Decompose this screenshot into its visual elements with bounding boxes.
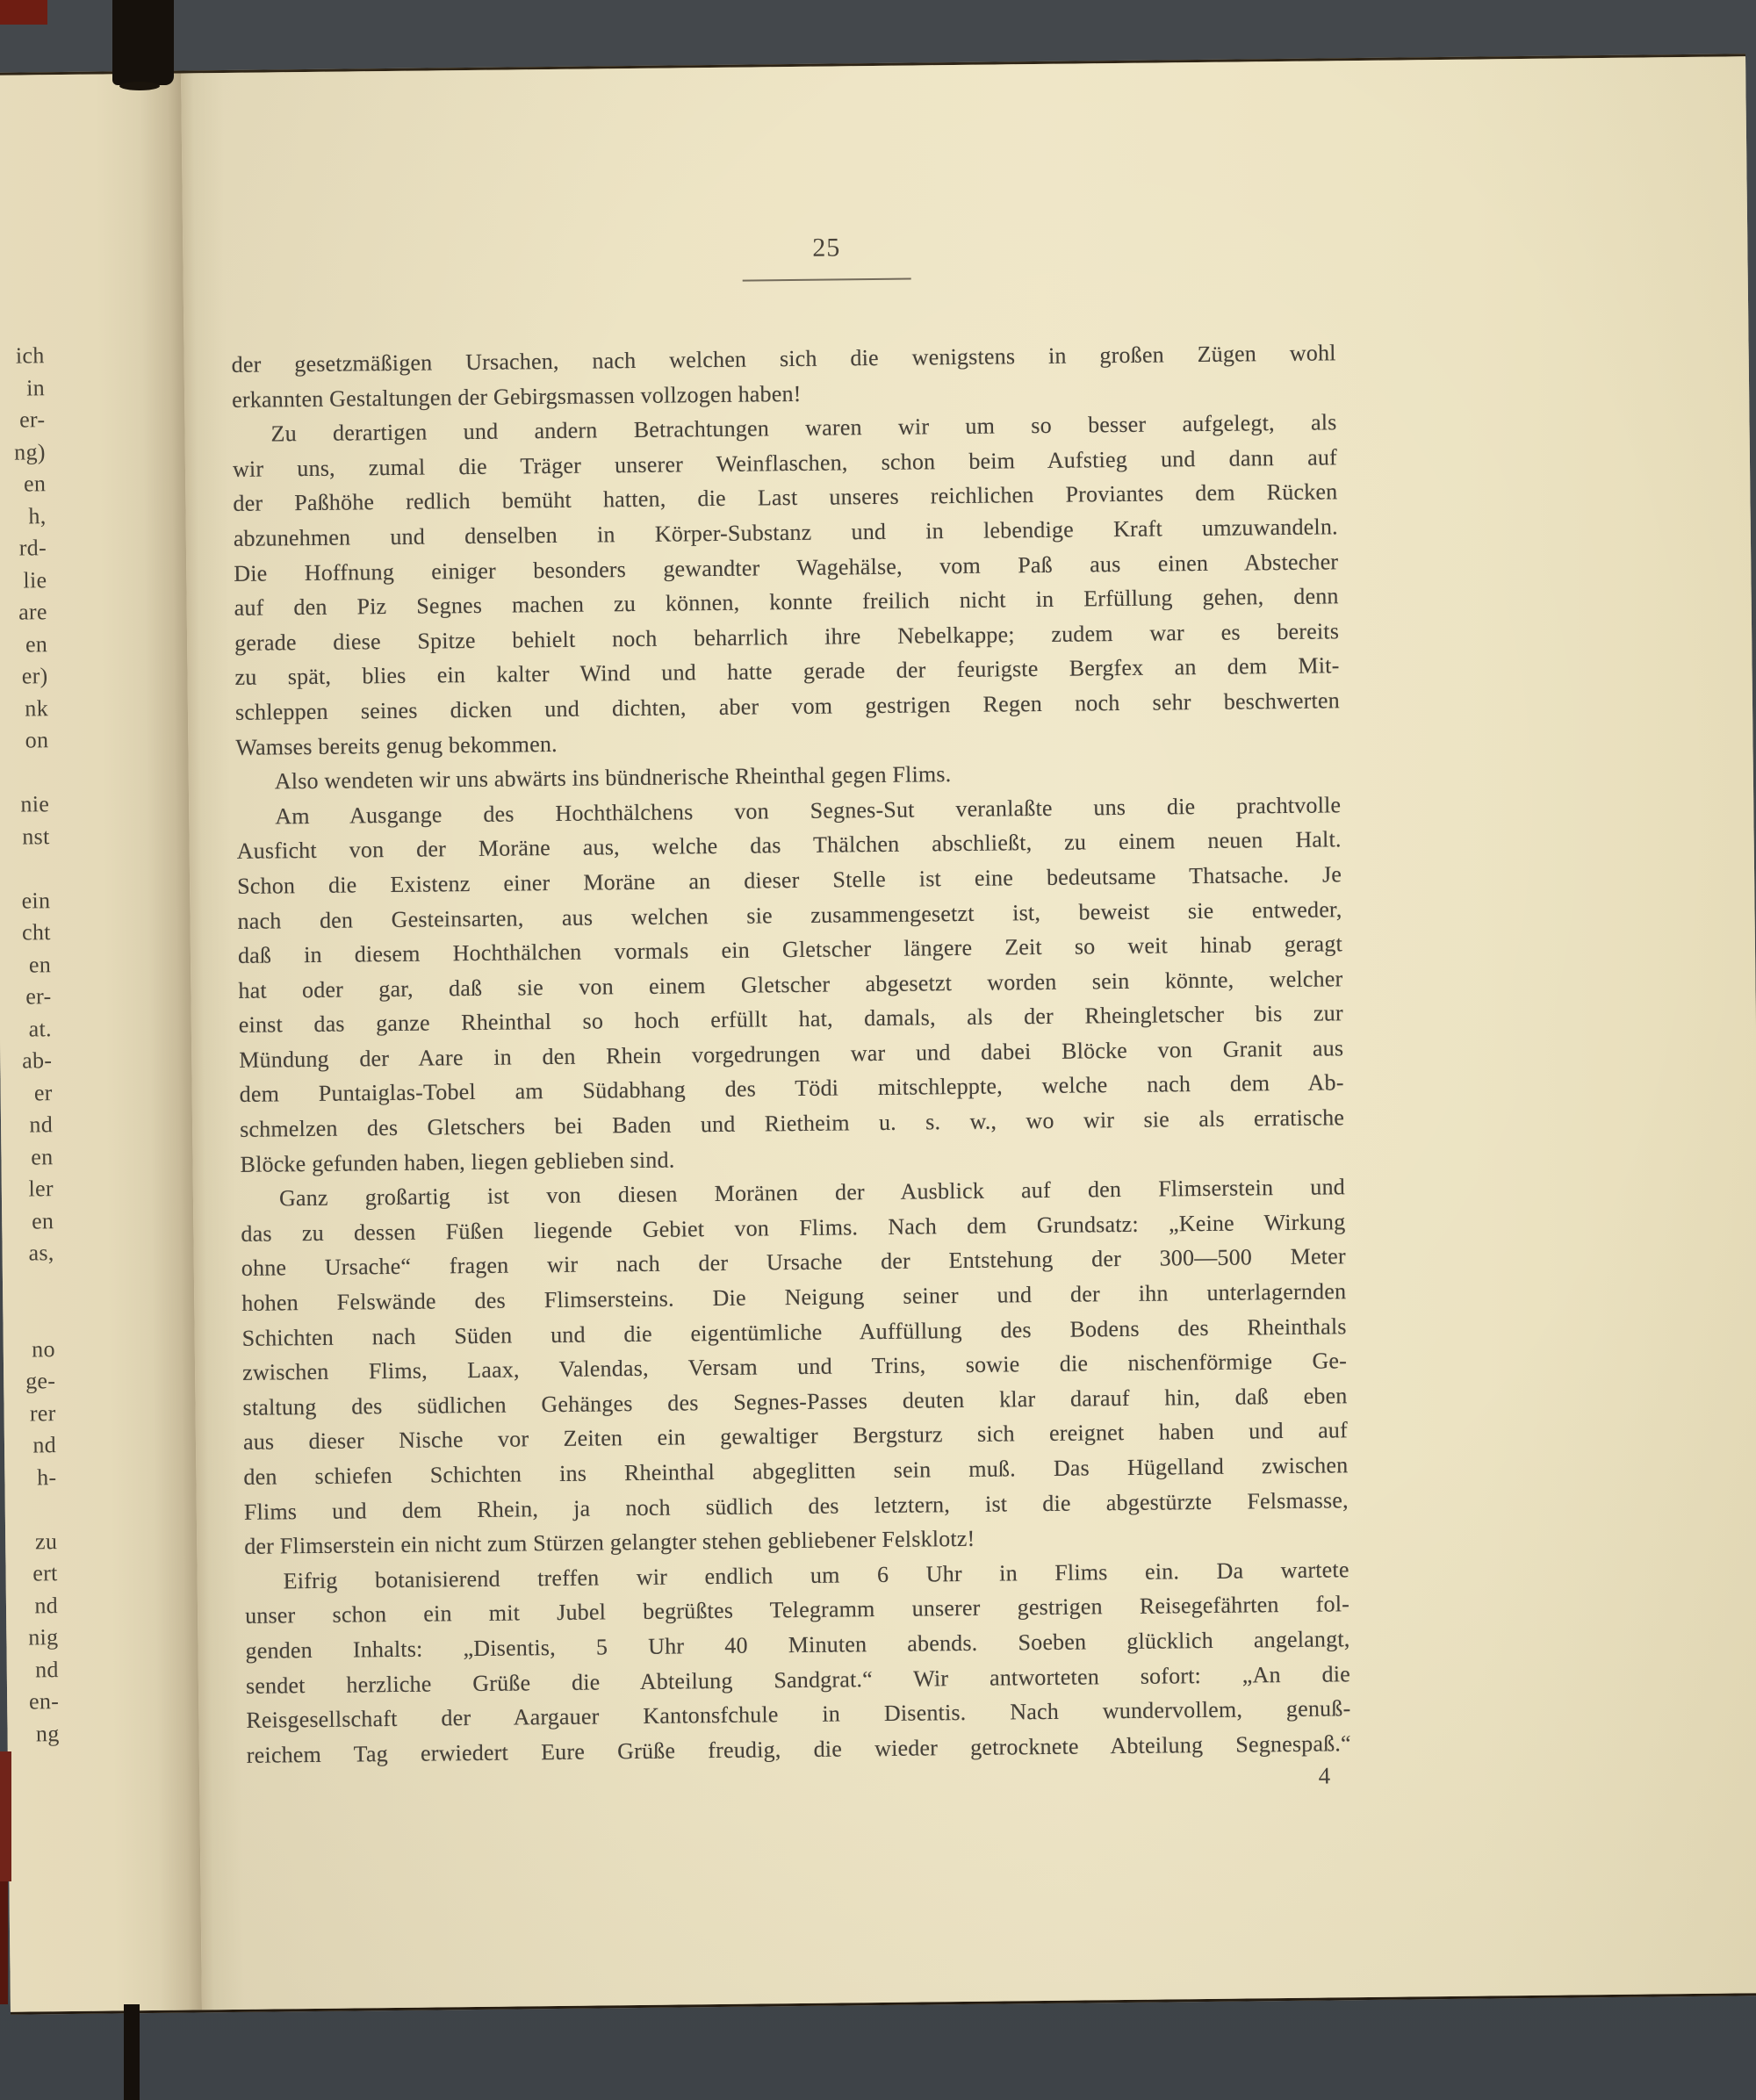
left-page-line-fragment (3, 1269, 54, 1302)
left-page-line-fragment: lie (0, 565, 47, 597)
left-page-line-fragment: nst (0, 821, 50, 853)
left-page-line-fragment: ab- (0, 1045, 52, 1077)
left-page-line-fragment: en (2, 1205, 54, 1238)
left-page-line-fragment: ich (0, 340, 45, 372)
book-cover-edge-lower (0, 1881, 8, 2004)
left-page-line-fragment: nie (0, 788, 49, 821)
left-page-line-fragment: nd (6, 1590, 58, 1622)
left-page-line-fragment: er) (0, 660, 48, 693)
left-page-line-fragment: rer (4, 1398, 55, 1430)
left-page-line-fragment: nd (7, 1654, 59, 1686)
left-page-line-fragment: nd (4, 1429, 56, 1462)
left-page-line-fragment: ein (0, 885, 50, 917)
book-scan-photo: { "scan": { "page_number": "25", "signat… (0, 0, 1756, 2100)
left-page-line-fragment (0, 852, 50, 885)
left-page-line-fragment: h- (4, 1462, 56, 1494)
left-page-line-fragment: nd (1, 1109, 53, 1141)
left-page-line-fragment: er- (0, 404, 46, 436)
left-page-line-fragment: h, (0, 500, 47, 533)
left-page-line-fragment (3, 1301, 54, 1334)
bookmark-ribbon-top (112, 0, 174, 85)
left-page-line-fragment: en (0, 949, 51, 982)
left-page-line-fragment (0, 757, 49, 789)
left-page-line-fragment: nig (6, 1622, 58, 1654)
left-page-line-fragment: en- (7, 1686, 59, 1718)
left-page-line-fragment: on (0, 724, 49, 757)
left-page-line-fragment: en (1, 1141, 53, 1174)
bookmark-ribbon-bottom (124, 2004, 140, 2100)
left-page-line-fragment: nk (0, 693, 48, 725)
left-page-line-fragment: ert (5, 1557, 57, 1590)
left-page-line-fragment: in (0, 372, 45, 405)
left-page-line-fragment: as, (2, 1237, 54, 1269)
left-page-line-fragment: ng) (0, 436, 46, 469)
left-page-line-fragment: ng (7, 1718, 59, 1751)
left-page-line-fragment: rd- (0, 532, 47, 565)
left-page-line-fragment: er- (0, 981, 52, 1013)
left-page-line-fragment: are (0, 596, 47, 629)
left-page-line-fragment: ge- (4, 1365, 55, 1398)
left-page-line-fragment: ler (2, 1173, 54, 1205)
body-text: der gesetzmäßigen Ursachen, nach welchen… (231, 335, 1350, 1773)
left-page-line-fragment: at. (0, 1013, 52, 1046)
left-page-line-fragment: en (0, 629, 47, 661)
left-page-line-fragment: er (0, 1077, 52, 1110)
open-book-pages: ichiner-ng)enh,rd-lieareener)nkonnienste… (0, 54, 1756, 2015)
book-cover-edge (0, 1751, 11, 1881)
left-page-line-fragment: no (4, 1334, 55, 1366)
left-page-line-fragment: cht (0, 917, 51, 949)
left-page: ichiner-ng)enh,rd-lieareener)nkonnienste… (0, 74, 202, 2012)
left-page-text-fragments: ichiner-ng)enh,rd-lieareener)nkonnienste… (0, 340, 64, 1751)
left-page-line-fragment: en (0, 468, 46, 500)
left-page-line-fragment (5, 1493, 57, 1526)
left-page-line-fragment: zu (5, 1526, 57, 1558)
book-cover-corner (0, 0, 47, 25)
